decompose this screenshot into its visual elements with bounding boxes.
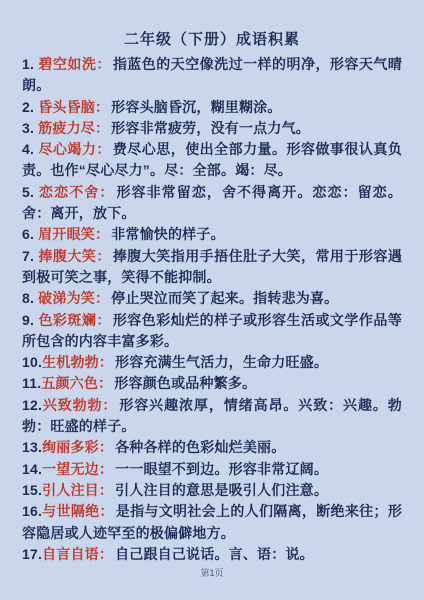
idiom-text: 五颜六色：	[41, 375, 112, 391]
idiom-entry: 16.与世隔绝：是指与文明社会上的人们隔离，断绝来往；形容隐居或人迹罕至的极偏僻…	[22, 501, 402, 544]
idiom-text: 尽心竭力：	[38, 141, 110, 157]
entry-number: 8.	[22, 290, 38, 306]
idiom-definition: 自己跟自己说话。言、语：说。	[115, 546, 314, 562]
entry-number: 1.	[22, 56, 38, 72]
entry-number: 7.	[22, 248, 38, 264]
idiom-list: 1. 碧空如洗：指蓝色的天空像洗过一样的明净，形容天气晴朗。 2. 昏头昏脑：形…	[0, 54, 424, 565]
entry-number: 3.	[22, 120, 38, 136]
idiom-entry: 2. 昏头昏脑：形容头脑昏沉，糊里糊涂。	[22, 97, 402, 118]
idiom-text: 眉开眼笑：	[38, 226, 109, 242]
entry-number: 10.	[22, 354, 42, 370]
idiom-entry: 4. 尽心竭力：费尽心思，使出全部力量。形容做事很认真负责。也作“尽心尽力”。尽…	[22, 139, 402, 182]
idiom-entry: 13.绚丽多彩：各种各样的色彩灿烂美丽。	[22, 437, 402, 458]
idiom-entry: 15.引人注目：引人注目的意思是吸引人们注意。	[22, 480, 402, 501]
idiom-entry: 5. 恋恋不舍：形容非常留恋，舍不得离开。恋恋：留恋。舍：离开，放下。	[22, 182, 402, 225]
entry-number: 4.	[22, 141, 38, 157]
idiom-entry: 12.兴致勃勃：形容兴趣浓厚，情绪高昂。兴致：兴趣。勃勃：旺盛的样子。	[22, 395, 402, 438]
entry-number: 17.	[22, 546, 42, 562]
idiom-definition: 一一眼望不到边。形容非常辽阔。	[115, 461, 328, 477]
idiom-text: 引人注目：	[42, 482, 113, 498]
idiom-definition: 形容颜色或品种繁多。	[114, 375, 256, 391]
entry-number: 15.	[22, 482, 42, 498]
idiom-text: 色彩斑斓：	[38, 312, 110, 328]
idiom-entry: 8. 破涕为笑：停止哭泣而笑了起来。指转悲为喜。	[22, 288, 402, 309]
entry-number: 12.	[22, 397, 42, 413]
entry-number: 9.	[22, 312, 38, 328]
entry-number: 2.	[22, 99, 38, 115]
entry-number: 11.	[22, 375, 41, 391]
document-page: 二年级（下册）成语积累 1. 碧空如洗：指蓝色的天空像洗过一样的明净，形容天气晴…	[0, 0, 424, 600]
idiom-text: 昏头昏脑：	[38, 99, 109, 115]
idiom-text: 碧空如洗：	[38, 56, 110, 72]
idiom-definition: 形容头脑昏沉，糊里糊涂。	[111, 99, 281, 115]
idiom-text: 一望无边：	[42, 461, 113, 477]
idiom-entry: 10.生机勃勃：形容充满生气活力，生命力旺盛。	[22, 352, 402, 373]
idiom-text: 破涕为笑：	[38, 290, 109, 306]
idiom-text: 捧腹大笑：	[38, 248, 110, 264]
idiom-definition: 引人注目的意思是吸引人们注意。	[115, 482, 328, 498]
idiom-entry: 7. 捧腹大笑：捧腹大笑指用手捂住肚子大笑，常用于形容遇到极可笑之事，笑得不能抑…	[22, 246, 402, 289]
idiom-entry: 1. 碧空如洗：指蓝色的天空像洗过一样的明净，形容天气晴朗。	[22, 54, 402, 97]
idiom-entry: 14.一望无边：一一眼望不到边。形容非常辽阔。	[22, 459, 402, 480]
idiom-definition: 形容非常疲劳，没有一点力气。	[111, 120, 310, 136]
idiom-text: 恋恋不舍：	[39, 184, 114, 200]
idiom-definition: 各种各样的色彩灿烂美丽。	[115, 439, 285, 455]
idiom-entry: 11.五颜六色：形容颜色或品种繁多。	[22, 373, 402, 394]
idiom-definition: 非常愉快的样子。	[111, 226, 225, 242]
idiom-definition: 停止哭泣而笑了起来。指转悲为喜。	[111, 290, 338, 306]
page-title: 二年级（下册）成语积累	[0, 30, 424, 50]
entry-number: 14.	[22, 461, 42, 477]
entry-number: 6.	[22, 226, 38, 242]
entry-number: 5.	[22, 184, 39, 200]
idiom-entry: 3. 筋疲力尽：形容非常疲劳，没有一点力气。	[22, 118, 402, 139]
idiom-text: 与世隔绝：	[42, 503, 114, 519]
idiom-text: 筋疲力尽：	[38, 120, 109, 136]
idiom-text: 绚丽多彩：	[42, 439, 113, 455]
idiom-text: 自言自语：	[42, 546, 113, 562]
page-number: 第1页	[0, 567, 424, 579]
idiom-text: 生机勃勃：	[42, 354, 113, 370]
entry-number: 16.	[22, 503, 42, 519]
idiom-entry: 17.自言自语：自己跟自己说话。言、语：说。	[22, 544, 402, 565]
idiom-entry: 9. 色彩斑斓：形容色彩灿烂的样子或形容生活或文学作品等所包含的内容丰富多彩。	[22, 310, 402, 353]
idiom-entry: 6. 眉开眼笑：非常愉快的样子。	[22, 224, 402, 245]
idiom-text: 兴致勃勃：	[42, 397, 117, 413]
idiom-definition: 形容充满生气活力，生命力旺盛。	[115, 354, 328, 370]
entry-number: 13.	[22, 439, 42, 455]
